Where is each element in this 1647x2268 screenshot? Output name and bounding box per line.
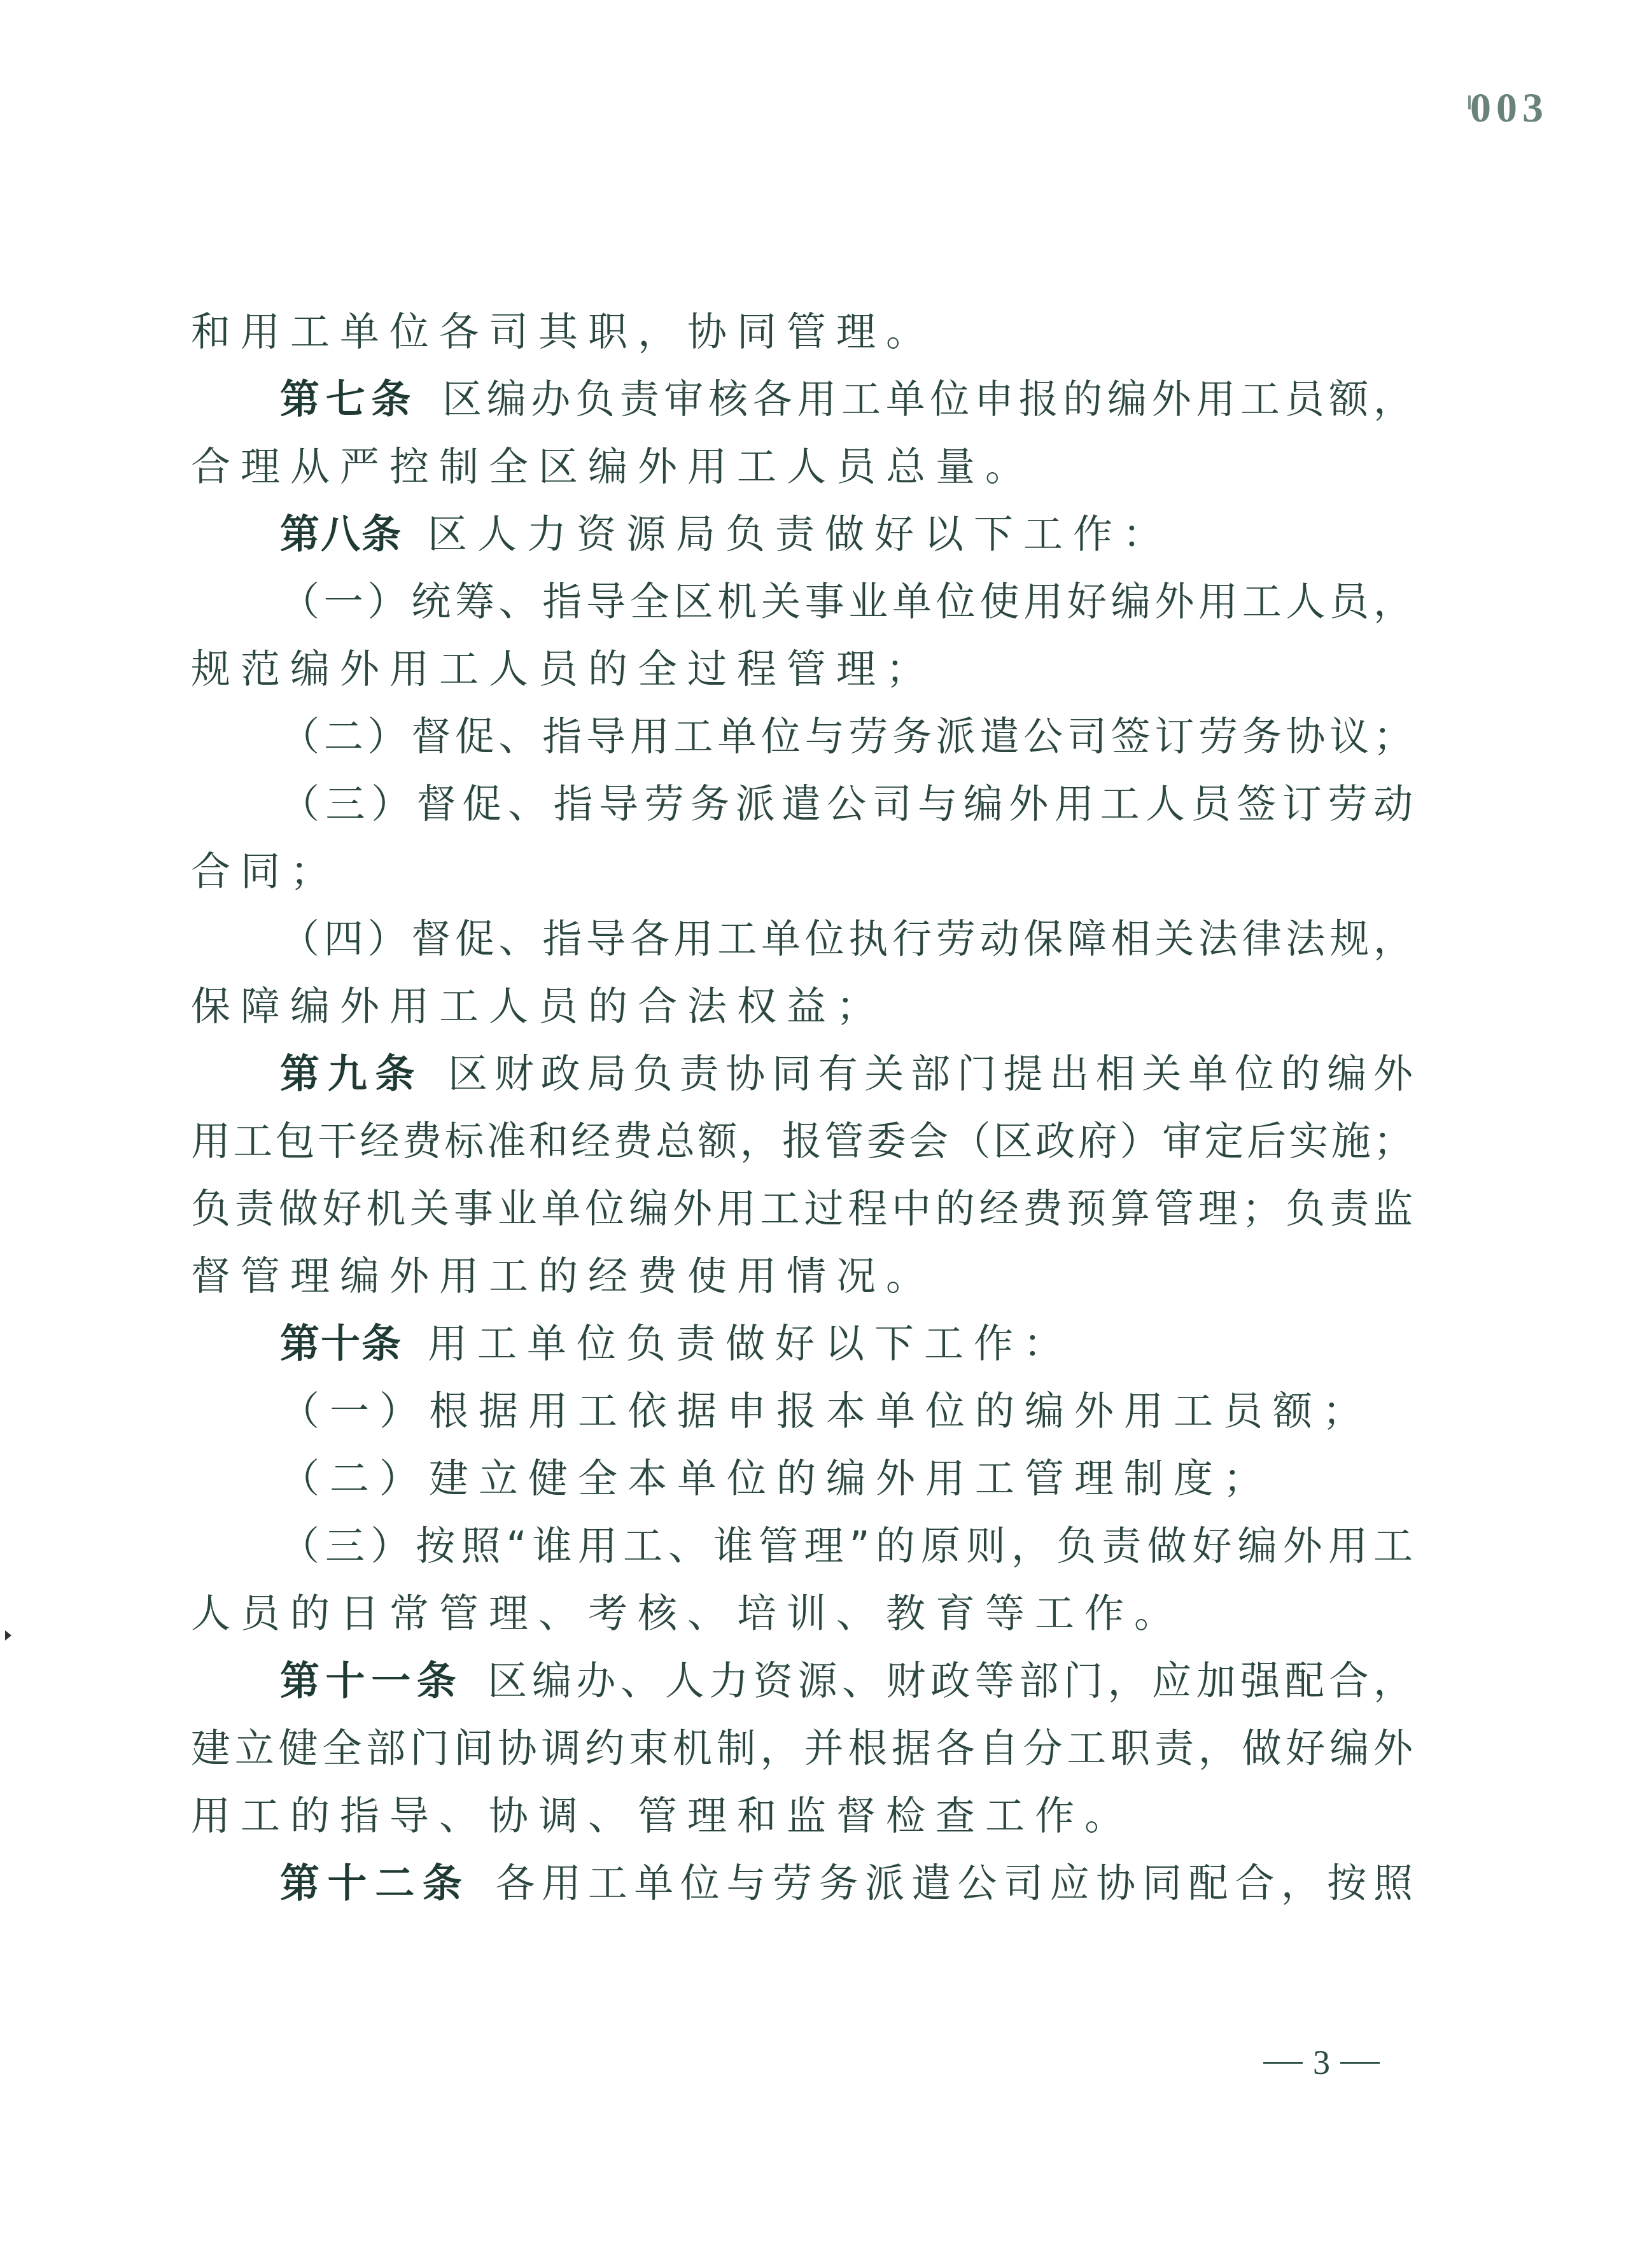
- article-label: 第十条: [280, 1320, 402, 1367]
- file-number-stamp: 003: [1470, 84, 1548, 132]
- text-line: 负责做好机关事业单位编外用工过程中的经费预算管理；负责监: [191, 1184, 1413, 1235]
- line-text: （二）建立健全本单位的编外用工管理制度；: [280, 1455, 1273, 1502]
- line-text: 区编办、人力资源、财政等部门，应加强配合，: [487, 1658, 1413, 1704]
- text-line: 保障编外用工人员的合法权益；: [191, 981, 886, 1032]
- line-text: 保障编外用工人员的合法权益；: [191, 983, 886, 1030]
- page-number: 3: [1313, 2043, 1330, 2082]
- text-line: 合同；: [191, 846, 340, 897]
- line-text: 负责做好机关事业单位编外用工过程中的经费预算管理；负责监: [191, 1186, 1413, 1232]
- line-text: （二）督促、指导用工单位与劳务派遣公司签订劳务协议；: [280, 713, 1413, 760]
- line-text: 区人力资源局负责做好以下工作：: [428, 511, 1172, 557]
- article-label: 第七条: [280, 376, 417, 423]
- footer-dash-left: [1263, 2062, 1303, 2064]
- line-text: 合理从严控制全区编外用工人员总量。: [191, 444, 1035, 490]
- article-10: 第十条用工单位负责做好以下工作：: [280, 1319, 1073, 1369]
- line-text: 区编办负责审核各用工单位申报的编外用工员额，: [442, 376, 1413, 423]
- text-line: 督管理编外用工的经费使用情况。: [191, 1251, 936, 1302]
- article-11: 第十一条区编办、人力资源、财政等部门，应加强配合，: [280, 1656, 1413, 1707]
- text-line: （四）督促、指导各用工单位执行劳动保障相关法律法规，: [280, 914, 1413, 965]
- article-8: 第八条区人力资源局负责做好以下工作：: [280, 509, 1172, 560]
- text-line: （二）建立健全本单位的编外用工管理制度；: [280, 1453, 1273, 1504]
- text-line: 用工的指导、协调、管理和监督检查工作。: [191, 1791, 1134, 1842]
- line-text: 规范编外用工人员的全过程管理；: [191, 646, 936, 692]
- line-text: （一）根据用工依据申报本单位的编外用工员额；: [280, 1388, 1372, 1434]
- text-line: （一）根据用工依据申报本单位的编外用工员额；: [280, 1386, 1372, 1437]
- article-7: 第七条区编办负责审核各用工单位申报的编外用工员额，: [280, 374, 1413, 425]
- line-text: 用工单位负责做好以下工作：: [428, 1320, 1073, 1367]
- scan-artifact-mark: [5, 1630, 11, 1641]
- text-line: （二）督促、指导用工单位与劳务派遣公司签订劳务协议；: [280, 711, 1413, 762]
- line-text: 和用工单位各司其职，协同管理。: [191, 309, 936, 355]
- line-text: 用工包干经费标准和经费总额，报管委会（区政府）审定后实施；: [191, 1118, 1413, 1165]
- line-text: 各用工单位与劳务派遣公司应协同配合，按照: [495, 1860, 1413, 1907]
- line-text: 人员的日常管理、考核、培训、教育等工作。: [191, 1590, 1184, 1637]
- text-line: 规范编外用工人员的全过程管理；: [191, 644, 936, 695]
- text-line: 人员的日常管理、考核、培训、教育等工作。: [191, 1588, 1184, 1639]
- article-label: 第十一条: [280, 1658, 462, 1704]
- line-text: 用工的指导、协调、管理和监督检查工作。: [191, 1793, 1134, 1839]
- line-text: 合同；: [191, 848, 340, 895]
- line-text: 督管理编外用工的经费使用情况。: [191, 1253, 936, 1299]
- line-text: （一）统筹、指导全区机关事业单位使用好编外用工人员，: [280, 578, 1413, 625]
- article-9: 第九条区财政局负责协同有关部门提出相关单位的编外: [280, 1049, 1413, 1100]
- text-line: 建立健全部门间协调约束机制，并根据各自分工职责，做好编外: [191, 1723, 1413, 1774]
- article-label: 第八条: [280, 511, 402, 557]
- line-text: （三）督促、指导劳务派遣公司与编外用工人员签订劳动: [280, 781, 1413, 827]
- text-line: 和用工单位各司其职，协同管理。: [191, 307, 936, 358]
- article-label: 第十二条: [280, 1860, 470, 1907]
- line-text: （四）督促、指导各用工单位执行劳动保障相关法律法规，: [280, 916, 1413, 962]
- text-line: （三）督促、指导劳务派遣公司与编外用工人员签订劳动: [280, 779, 1413, 830]
- page-number-footer: 3: [1263, 2043, 1380, 2082]
- text-line: （一）统筹、指导全区机关事业单位使用好编外用工人员，: [280, 577, 1413, 627]
- text-line: 用工包干经费标准和经费总额，报管委会（区政府）审定后实施；: [191, 1116, 1413, 1167]
- line-text: 区财政局负责协同有关部门提出相关单位的编外: [448, 1051, 1413, 1097]
- footer-dash-right: [1340, 2062, 1380, 2064]
- line-text: （三）按照“谁用工、谁管理”的原则，负责做好编外用工: [280, 1523, 1413, 1569]
- article-12: 第十二条各用工单位与劳务派遣公司应协同配合，按照: [280, 1858, 1413, 1909]
- line-text: 建立健全部门间协调约束机制，并根据各自分工职责，做好编外: [191, 1725, 1413, 1772]
- text-line: 合理从严控制全区编外用工人员总量。: [191, 442, 1035, 493]
- text-line: （三）按照“谁用工、谁管理”的原则，负责做好编外用工: [280, 1521, 1413, 1572]
- article-label: 第九条: [280, 1051, 423, 1097]
